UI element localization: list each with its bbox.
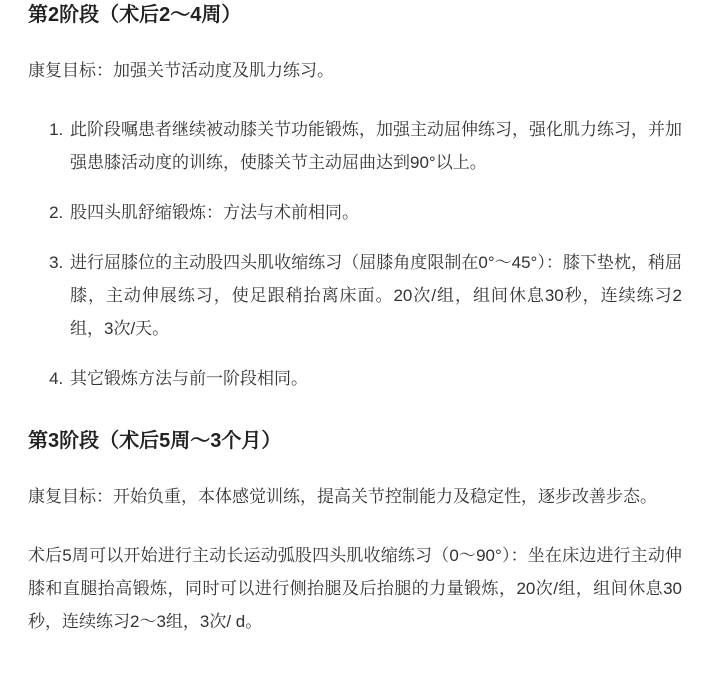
rehab-goal-phase3: 康复目标：开始负重，本体感觉训练，提高关节控制能力及稳定性，逐步改善步态。 (28, 480, 682, 513)
exercise-item-2: 股四头肌舒缩锻炼：方法与术前相同。 (68, 196, 682, 229)
phase3-exercise-paragraph: 术后5周可以开始进行主动长运动弧股四头肌收缩练习（0～90°）：坐在床边进行主动… (28, 539, 682, 638)
section-heading-phase3: 第3阶段（术后5周～3个月） (28, 428, 682, 454)
exercise-item-1: 此阶段嘱患者继续被动膝关节功能锻炼，加强主动屈伸练习，强化肌力练习，并加强患膝活… (68, 113, 682, 179)
section-heading-phase2: 第2阶段（术后2～4周） (28, 2, 682, 28)
exercise-item-4: 其它锻炼方法与前一阶段相同。 (68, 362, 682, 395)
exercise-list-phase2: 此阶段嘱患者继续被动膝关节功能锻炼，加强主动屈伸练习，强化肌力练习，并加强患膝活… (28, 113, 682, 395)
article-content: 第2阶段（术后2～4周） 康复目标：加强关节活动度及肌力练习。 此阶段嘱患者继续… (0, 0, 710, 638)
exercise-item-3: 进行屈膝位的主动股四头肌收缩练习（屈膝角度限制在0°～45°）：膝下垫枕，稍屈膝… (68, 246, 682, 345)
rehab-goal-phase2: 康复目标：加强关节活动度及肌力练习。 (28, 54, 682, 87)
